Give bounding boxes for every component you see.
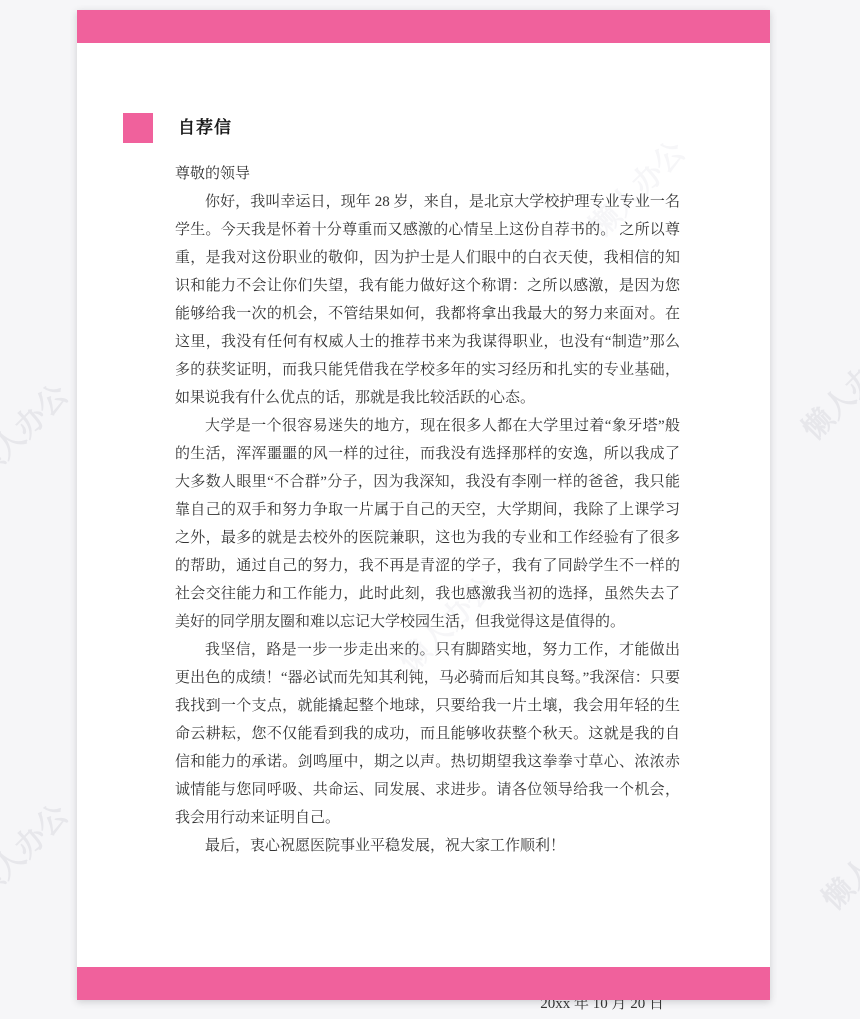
paragraph-1: 你好，我叫幸运日，现年 28 岁，来自，是北京大学校护理专业专业一名学生。今天我… (175, 188, 680, 412)
medical-cross-icon (123, 113, 153, 143)
watermark-right-lower: 懒人办公 (810, 802, 860, 918)
salutation: 尊敬的领导 (175, 160, 680, 188)
letter-page: 自荐信 懒人办公 懒人办公 尊敬的领导 你好，我叫幸运日，现年 28 岁，来自，… (77, 10, 770, 1000)
header-accent-bar (77, 10, 770, 43)
watermark-left-upper: 懒人办公 (0, 372, 76, 488)
screenshot-canvas: { "page": { "title": "自荐信", "salutation"… (0, 0, 860, 1019)
paragraph-4: 最后，衷心祝愿医院事业平稳发展，祝大家工作顺利！ (175, 832, 680, 860)
paragraph-2: 大学是一个很容易迷失的地方，现在很多人都在大学里过着“象牙塔”般的生活，浑浑噩噩… (175, 412, 680, 636)
footer-accent-bar (77, 967, 770, 1000)
paragraph-3: 我坚信，路是一步一步走出来的。只有脚踏实地，努力工作，才能做出更出色的成绩！“器… (175, 636, 680, 832)
watermark-left-lower: 懒人办公 (0, 792, 76, 908)
watermark-right-upper: 懒人办公 (790, 332, 860, 448)
letter-body: 尊敬的领导 你好，我叫幸运日，现年 28 岁，来自，是北京大学校护理专业专业一名… (175, 160, 680, 1016)
page-title: 自荐信 (178, 116, 232, 140)
